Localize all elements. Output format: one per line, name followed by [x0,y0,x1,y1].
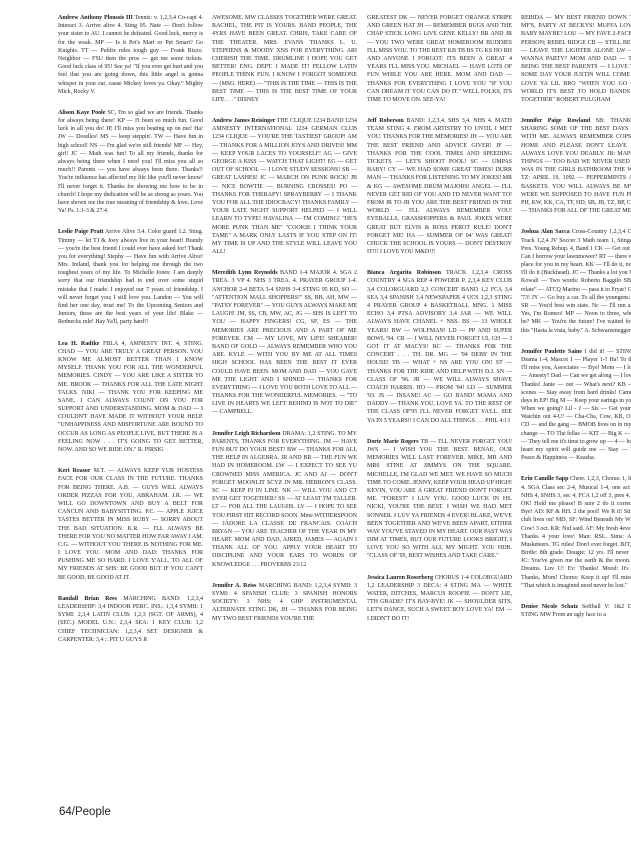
senior-entry: Andrew Anthony Ploussis III Tennis: v. 1… [58,14,203,96]
senior-name: Meredith Lynn Reynolds [212,270,278,276]
senior-name: Jessica Lauren Roserberg [367,575,433,581]
senior-name: Dorie Marie Rogers [367,439,419,445]
senior-text: REBIDA — MY BEST FRIEND DOWN THE STREET;… [521,15,631,103]
senior-name: Keri Reasor [58,468,90,474]
text-column-3: GREATEST DK — NEVER FORGET ORANGE STRIPE… [367,14,512,636]
senior-text: Arrive Alive 3.4. Color guard 1.2. Sting… [58,229,203,325]
text-column-1: Andrew Anthony Ploussis III Tennis: v. 1… [58,14,203,657]
senior-entry: Andrew James Reisinger THE CLIQUE 1234 B… [212,117,357,256]
senior-entry: Denise Nicole Schatz Softball V: 1&2 DEC… [521,603,631,619]
senior-text: TRACK 1,2,3,4 CROSS COUNTRY 4 SGA REP 4 … [367,270,512,423]
yearbook-page: Andrew Anthony Ploussis III Tennis: v. 1… [0,0,631,850]
senior-name: Bianca Argarita Robinson [367,270,441,276]
senior-text: SC, I'm so glad we are friends. Thanks f… [58,110,203,214]
senior-name: Joshua Alan Sacca [521,229,570,235]
senior-entry: Jennifer Paulette Saine I did it! — STIN… [521,348,631,463]
senior-text: M.T. — ALWAYS KEEP YUR HOSTESS FACE FOR … [58,468,203,580]
senior-text: MARCHING BAND: 1,2,3,4 LEADERSHIP: 3,4 I… [58,596,203,643]
senior-entry: Jennifer Leigh Richardson DRAMA: 1,2 STI… [212,430,357,569]
page-folio: 64/People [59,806,111,818]
senior-text: FBLA 4, AMNESTY INT. 4, STING. CHAD — YO… [58,341,203,453]
senior-text: Tennis: v. 1,2,3,4 Co-capt 4. Interact 3… [58,15,203,95]
text-column-2: AWESOME. MW CLASSES TOGETHER WERE GREAT.… [212,14,357,636]
senior-name: Alison Kaye Poole [58,110,105,116]
senior-entry: Keri Reasor M.T. — ALWAYS KEEP YUR HOSTE… [58,467,203,582]
senior-name: Lea H. Radtke [58,341,99,347]
senior-name: Denise Nicole Schatz [521,604,578,610]
text-column-4: REBIDA — MY BEST FRIEND DOWN THE STREET;… [521,14,631,632]
senior-entry: Jennifer A. Reiss MARCHING BAND: 1,2,3,4… [212,582,357,623]
senior-entry: Jennifer Paige Rowland SB: THANK YOU FOR… [521,117,631,215]
senior-text: THE CLIQUE 1234 BAND 1234 AMNESTY INTERN… [212,118,357,255]
senior-text: BAND 1-4 MAJOR 4. SGA 2 TREA. 3 VP 4. NH… [212,270,357,415]
senior-name: Jennifer Paige Rowland [521,118,590,124]
senior-entry: Leslie Paige Pratt Arrive Alive 3.4. Col… [58,228,203,326]
senior-name: Jennifer A. Reiss [212,583,256,589]
senior-entry-continued: GREATEST DK — NEVER FORGET ORANGE STRIPE… [367,14,512,104]
senior-entry: Erin Camille Sapp Cheer. 1,2,3, Chorus: … [521,475,631,590]
senior-text: SB: THANK YOU FOR SHARING SOME OF THE BE… [521,118,631,214]
senior-entry: Randall Brian Rees MARCHING BAND: 1,2,3,… [58,595,203,644]
senior-text: AWESOME. MW CLASSES TOGETHER WERE GREAT.… [212,15,357,103]
senior-entry: Bianca Argarita Robinson TRACK 1,2,3,4 C… [367,269,512,425]
senior-entry: Joshua Alan Sacca Cross-Country 1,2,3,4 … [521,228,631,334]
senior-name: Andrew James Reisinger [212,118,275,124]
senior-text: TB — I'LL NEVER FORGET YOU! JWS — I WISH… [367,439,512,560]
senior-name: Jennifer Leigh Richardson [212,431,280,437]
senior-name: Randall Brian Rees [58,596,117,602]
senior-text: Cross-Country 1,2,3,4 Capt. 4 MVP 4, Tra… [521,229,631,333]
senior-name: Andrew Anthony Ploussis III [58,15,133,21]
senior-entry: Jeff Roberson BAND: 1,2,3,4. SHS 3,4. NH… [367,117,512,256]
senior-name: Leslie Paige Pratt [58,229,104,235]
senior-text: CHORUS 1-4 COLORGUARD 1,2 LEADERSHIP 3 D… [367,575,512,622]
senior-text: BAND: 1,2,3,4. SHS 3,4. NHS 4. MATH TEAM… [367,118,512,255]
senior-text: I did it! — STING — Track — Drama 1-4, M… [521,349,631,461]
senior-entry: Meredith Lynn Reynolds BAND 1-4 MAJOR 4.… [212,269,357,416]
senior-name: Jennifer Paulette Saine [521,349,582,355]
senior-entry: Alison Kaye Poole SC, I'm so glad we are… [58,109,203,215]
senior-text: DRAMA: 1,2 STING. TO MY PARENTS, THANKS … [212,431,357,568]
senior-name: Jeff Roberson [367,118,404,124]
senior-text: Cheer. 1,2,3, Chorus: 1, lib 2, sec 3, p… [521,476,631,588]
senior-entry: Jessica Lauren Roserberg CHORUS 1-4 COLO… [367,574,512,623]
senior-entry: Dorie Marie Rogers TB — I'LL NEVER FORGE… [367,438,512,561]
senior-text: GREATEST DK — NEVER FORGET ORANGE STRIPE… [367,15,512,103]
senior-entry-continued: AWESOME. MW CLASSES TOGETHER WERE GREAT.… [212,14,357,104]
senior-entry-continued: REBIDA — MY BEST FRIEND DOWN THE STREET;… [521,14,631,104]
senior-name: Erin Camille Sapp [521,476,568,482]
senior-entry: Lea H. Radtke FBLA 4, AMNESTY INT. 4, ST… [58,340,203,455]
